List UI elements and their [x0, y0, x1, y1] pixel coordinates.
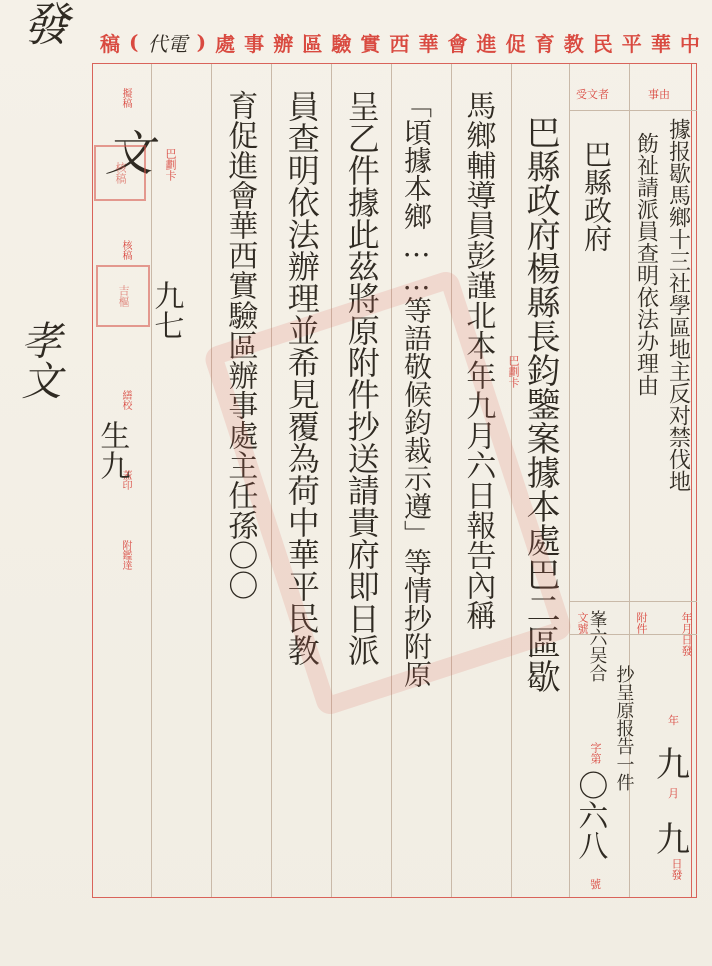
subject-label: 事由	[648, 86, 670, 102]
date-mark: 九七	[148, 280, 183, 340]
archive-label: 附鑑達	[118, 540, 133, 570]
header-char: 西	[389, 28, 409, 57]
stamp-mark-1: 巴劃卡	[162, 148, 178, 181]
rule	[569, 110, 697, 111]
margin-annotation-side: 孝文	[10, 320, 67, 400]
document-header: 中 華 平 民 教 育 促 進 會 華 西 實 驗 區 辦 事 處 ) 代電 (…	[100, 24, 700, 60]
draft-label: 擬稿	[118, 88, 133, 108]
number-suffix: 號	[590, 876, 601, 892]
attachment-value: 抄呈原报告一件	[612, 665, 635, 885]
header-char: 平	[622, 28, 642, 57]
header-char: 華	[418, 28, 438, 57]
doc-number-prefix: 峯六吴合	[585, 610, 608, 682]
header-char: 華	[651, 28, 671, 57]
doc-number-value: 〇六八	[572, 770, 607, 860]
header-char: 進	[477, 28, 497, 57]
subject-line-2: 飭祉請派員查明依法办理由	[632, 132, 660, 432]
review-label: 核稿	[118, 240, 133, 260]
number-label: 字第	[587, 742, 603, 764]
header-char: 會	[448, 28, 468, 57]
month-label: 月	[668, 785, 679, 801]
recipient-name: 巴縣政府	[580, 140, 613, 252]
header-char: 教	[564, 28, 584, 57]
header-doc-type: 代電	[148, 28, 188, 57]
header-char: 辦	[273, 28, 293, 57]
rule	[569, 601, 697, 602]
header-char: 事	[244, 28, 264, 57]
header-paren-open: (	[129, 30, 138, 54]
year-label: 年	[668, 712, 679, 728]
header-paren-close: )	[197, 30, 206, 54]
attachment-label: 附件	[633, 612, 649, 634]
header-char: 民	[593, 28, 613, 57]
header-char: 實	[360, 28, 380, 57]
recipient-label: 受文者	[576, 86, 609, 102]
header-char: 中	[680, 28, 700, 57]
date-month: 九	[656, 745, 690, 785]
margin-annotation-top: 發	[10, 0, 76, 46]
rule	[211, 64, 212, 897]
rule	[569, 64, 570, 897]
date-label: 年月日發	[678, 612, 694, 656]
copy-label: 繕校	[118, 390, 133, 410]
seal-stamp-lower: 吉樞	[96, 265, 150, 327]
header-suffix: 稿	[100, 28, 120, 57]
seal-stamp-top: 核稿	[94, 145, 146, 201]
subject-line-1: 據报歇馬鄉十三社學區地主反对禁伐地	[664, 118, 692, 578]
header-char: 區	[302, 28, 322, 57]
date-day: 九	[656, 820, 690, 860]
header-char: 育	[535, 28, 555, 57]
header-char: 促	[506, 28, 526, 57]
rule	[151, 64, 152, 897]
copy-mark: 生九	[94, 420, 129, 480]
header-char: 處	[215, 28, 235, 57]
day-label: 日發	[668, 858, 684, 880]
header-char: 驗	[331, 28, 351, 57]
stamp-mark-2: 巴劃卡	[505, 355, 521, 388]
